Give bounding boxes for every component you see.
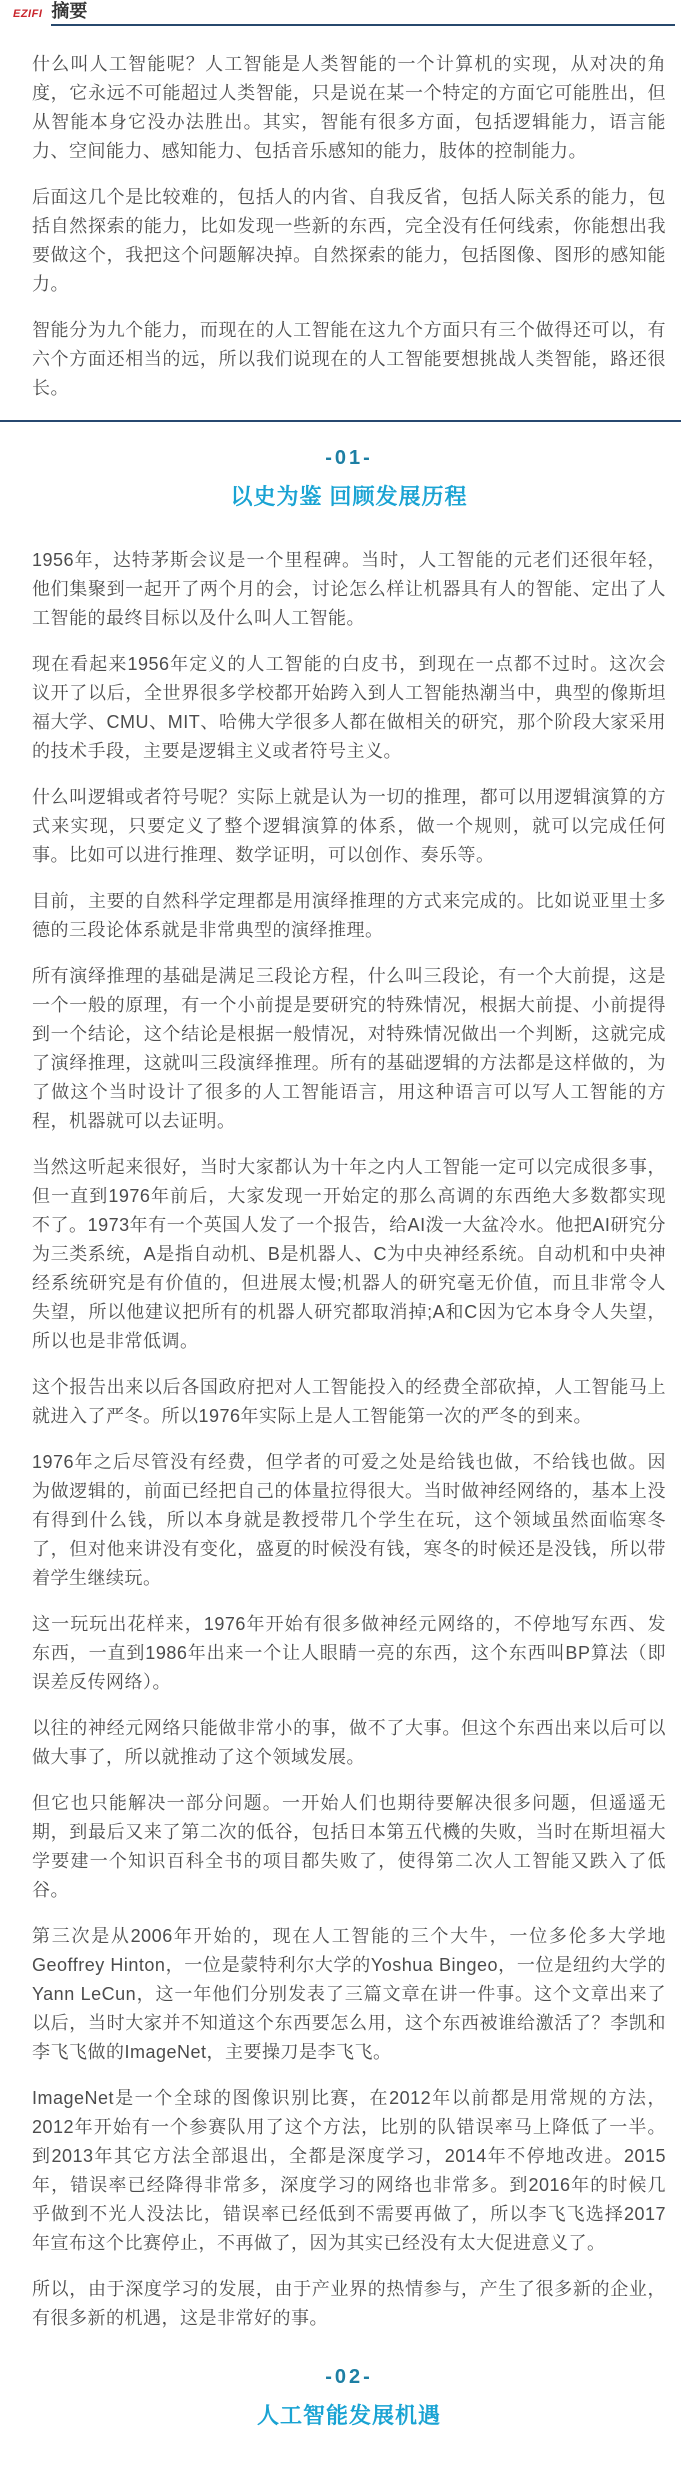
paragraph: 什么叫人工智能呢？人工智能是人类智能的一个计算机的实现，从对决的角度，它永远不可… bbox=[32, 50, 666, 166]
paragraph: 当然这听起来很好，当时大家都认为十年之内人工智能一定可以完成很多事，但一直到19… bbox=[32, 1153, 666, 1356]
paragraph: 1976年之后尽管没有经费，但学者的可爱之处是给钱也做，不给钱也做。因为做逻辑的… bbox=[32, 1448, 666, 1593]
paragraph: 后面这几个是比较难的，包括人的内省、自我反省，包括人际关系的能力，包括自然探索的… bbox=[32, 183, 666, 299]
paragraph: 智能分为九个能力，而现在的人工智能在这九个方面只有三个做得还可以，有六个方面还相… bbox=[32, 316, 666, 403]
article-content: 什么叫人工智能呢？人工智能是人类智能的一个计算机的实现，从对决的角度，它永远不可… bbox=[0, 26, 681, 2467]
section-title: 人工智能发展机遇 bbox=[32, 2401, 666, 2431]
section-number: -02- bbox=[32, 2365, 666, 2389]
paragraph: 这个报告出来以后各国政府把对人工智能投入的经费全部砍掉，人工智能马上就进入了严冬… bbox=[32, 1373, 666, 1431]
section-number: -01- bbox=[32, 446, 666, 470]
section-title: 以史为鉴 回顾发展历程 bbox=[32, 482, 666, 512]
paragraph: 1956年，达特茅斯会议是一个里程碑。当时，人工智能的元老们还很年轻，他们集聚到… bbox=[32, 546, 666, 633]
abstract-header: EZIFI 摘要 bbox=[0, 0, 681, 26]
section-divider bbox=[0, 420, 681, 422]
paragraph: 这一玩玩出花样来，1976年开始有很多做神经元网络的，不停地写东西、发东西，一直… bbox=[32, 1610, 666, 1697]
paragraph: ImageNet是一个全球的图像识别比赛，在2012年以前都是用常规的方法，20… bbox=[32, 2084, 666, 2258]
header-underline: 摘要 bbox=[51, 1, 675, 26]
paragraph: 第三次是从2006年开始的，现在人工智能的三个大牛，一位多伦多大学地Geoffr… bbox=[32, 1922, 666, 2067]
paragraph: 所以，由于深度学习的发展，由于产业界的热情参与，产生了很多新的企业，有很多新的机… bbox=[32, 2275, 666, 2333]
paragraph: 现在看起来1956年定义的人工智能的白皮书，到现在一点都不过时。这次会议开了以后… bbox=[32, 650, 666, 766]
brand-logo: EZIFI bbox=[13, 7, 42, 26]
paragraph: 所有演绎推理的基础是满足三段论方程，什么叫三段论，有一个大前提，这是一个一般的原… bbox=[32, 962, 666, 1136]
abstract-title: 摘要 bbox=[51, 1, 87, 21]
paragraph: 什么叫逻辑或者符号呢？实际上就是认为一切的推理，都可以用逻辑演算的方式来实现，只… bbox=[32, 783, 666, 870]
paragraph: 目前，主要的自然科学定理都是用演绎推理的方式来完成的。比如说亚里士多德的三段论体… bbox=[32, 887, 666, 945]
paragraph: 以往的神经元网络只能做非常小的事，做不了大事。但这个东西出来以后可以做大事了，所… bbox=[32, 1714, 666, 1772]
article-page: EZIFI 摘要 什么叫人工智能呢？人工智能是人类智能的一个计算机的实现，从对决… bbox=[0, 0, 681, 2478]
paragraph: 但它也只能解决一部分问题。一开始人们也期待要解决很多问题，但遥遥无期，到最后又来… bbox=[32, 1789, 666, 1905]
